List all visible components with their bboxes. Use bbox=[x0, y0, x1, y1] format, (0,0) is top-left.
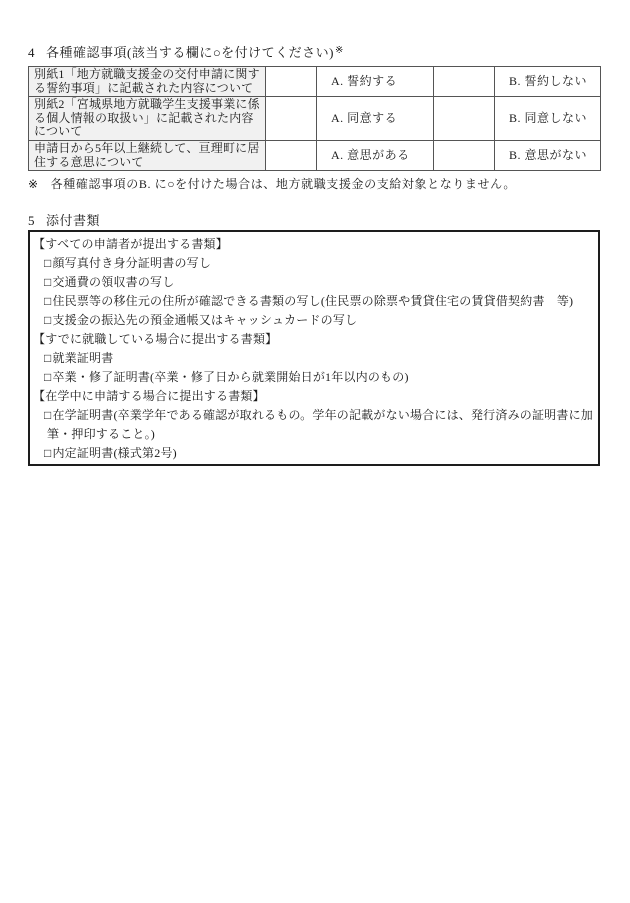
section5-heading: 5添付書類 bbox=[28, 213, 100, 229]
section5-title: 添付書類 bbox=[46, 213, 100, 228]
section4-heading: 4各種確認事項(該当する欄に○を付けてください)※ bbox=[28, 43, 344, 61]
doc-item-label: 就業証明書 bbox=[52, 351, 113, 365]
doc-item: □住民票等の移住元の住所が確認できる書類の写し(住民票の除票や賃貸住宅の賃貸借契… bbox=[33, 292, 594, 311]
doc-item-label: 住民票等の移住元の住所が確認できる書類の写し(住民票の除票や賃貸住宅の賃貸借契約… bbox=[52, 294, 573, 308]
doc-item-label: 内定証明書(様式第2号) bbox=[52, 446, 176, 460]
mark-cell-a[interactable] bbox=[266, 140, 317, 170]
checkbox-icon[interactable]: □ bbox=[44, 275, 51, 289]
option-a-label: A. 同意する bbox=[317, 97, 434, 141]
doc-item: □在学証明書(卒業学年である確認が取れるもの。学年の記載がない場合には、発行済み… bbox=[33, 406, 594, 444]
document-page: 4各種確認事項(該当する欄に○を付けてください)※ 別紙1「地方就職支援金の交付… bbox=[0, 0, 630, 903]
row-description: 別紙1「地方就職支援金の交付申請に関する誓約事項」に記載された内容について bbox=[29, 67, 266, 97]
checkbox-icon[interactable]: □ bbox=[44, 313, 51, 327]
footnote: ※各種確認事項のB. に○を付けた場合は、地方就職支援金の支給対象となりません。 bbox=[28, 177, 516, 192]
option-b-label: B. 意思がない bbox=[495, 140, 601, 170]
mark-cell-b[interactable] bbox=[434, 67, 495, 97]
checkbox-icon[interactable]: □ bbox=[44, 446, 51, 460]
doc-item: □卒業・修了証明書(卒業・修了日から就業開始日が1年以内のもの) bbox=[33, 368, 594, 387]
attachments-box: 【すべての申請者が提出する書類】 □顔写真付き身分証明書の写し □交通費の領収書… bbox=[28, 230, 600, 466]
checkbox-icon[interactable]: □ bbox=[44, 256, 51, 270]
doc-item: □内定証明書(様式第2号) bbox=[33, 444, 594, 463]
checkbox-icon[interactable]: □ bbox=[44, 294, 51, 308]
doc-group-header: 【在学中に申請する場合に提出する書類】 bbox=[33, 387, 594, 406]
doc-item-label: 卒業・修了証明書(卒業・修了日から就業開始日が1年以内のもの) bbox=[52, 370, 408, 384]
doc-item: □就業証明書 bbox=[33, 349, 594, 368]
footnote-text: 各種確認事項のB. に○を付けた場合は、地方就職支援金の支給対象となりません。 bbox=[51, 177, 516, 191]
table-row: 申請日から5年以上継続して、亘理町に居住する意思について A. 意思がある B.… bbox=[29, 140, 601, 170]
doc-item: □交通費の領収書の写し bbox=[33, 273, 594, 292]
doc-group-header: 【すでに就職している場合に提出する書類】 bbox=[33, 330, 594, 349]
doc-item-label: 支援金の振込先の預金通帳又はキャッシュカードの写し bbox=[52, 313, 357, 327]
doc-item-label: 交通費の領収書の写し bbox=[52, 275, 174, 289]
confirmation-table: 別紙1「地方就職支援金の交付申請に関する誓約事項」に記載された内容について A.… bbox=[28, 66, 601, 171]
doc-item-label: 在学証明書(卒業学年である確認が取れるもの。学年の記載がない場合には、発行済みの… bbox=[47, 408, 593, 441]
section4-number: 4 bbox=[28, 45, 35, 60]
section5-number: 5 bbox=[28, 213, 35, 228]
option-b-label: B. 誓約しない bbox=[495, 67, 601, 97]
checkbox-icon[interactable]: □ bbox=[44, 370, 51, 384]
reference-mark-icon: ※ bbox=[28, 177, 39, 191]
table-row: 別紙2「宮城県地方就職学生支援事業に係る個人情報の取扱い」に記載された内容につい… bbox=[29, 97, 601, 141]
doc-item-label: 顔写真付き身分証明書の写し bbox=[52, 256, 211, 270]
checkbox-icon[interactable]: □ bbox=[44, 351, 51, 365]
mark-cell-a[interactable] bbox=[266, 97, 317, 141]
row-description: 申請日から5年以上継続して、亘理町に居住する意思について bbox=[29, 140, 266, 170]
checkbox-icon[interactable]: □ bbox=[44, 408, 51, 422]
option-a-label: A. 意思がある bbox=[317, 140, 434, 170]
mark-cell-b[interactable] bbox=[434, 97, 495, 141]
option-a-label: A. 誓約する bbox=[317, 67, 434, 97]
doc-item: □顔写真付き身分証明書の写し bbox=[33, 254, 594, 273]
row-description: 別紙2「宮城県地方就職学生支援事業に係る個人情報の取扱い」に記載された内容につい… bbox=[29, 97, 266, 141]
doc-group-header: 【すべての申請者が提出する書類】 bbox=[33, 235, 594, 254]
option-b-label: B. 同意しない bbox=[495, 97, 601, 141]
reference-mark-icon: ※ bbox=[335, 45, 344, 56]
section4-title: 各種確認事項(該当する欄に○を付けてください) bbox=[46, 45, 334, 60]
mark-cell-b[interactable] bbox=[434, 140, 495, 170]
mark-cell-a[interactable] bbox=[266, 67, 317, 97]
doc-item: □支援金の振込先の預金通帳又はキャッシュカードの写し bbox=[33, 311, 594, 330]
table-row: 別紙1「地方就職支援金の交付申請に関する誓約事項」に記載された内容について A.… bbox=[29, 67, 601, 97]
